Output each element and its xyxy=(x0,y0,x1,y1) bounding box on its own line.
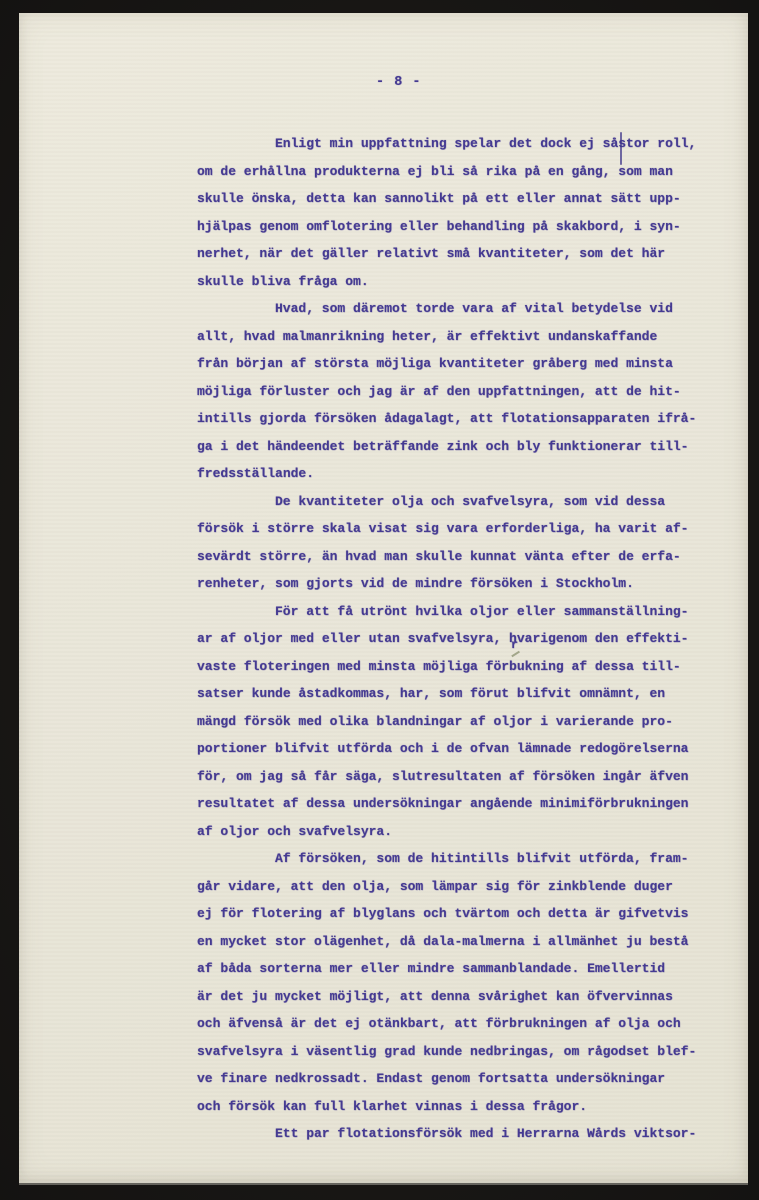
paragraph: Enligt min uppfattning spelar det dock e… xyxy=(197,130,727,295)
text-line: från början af största möjliga kvantitet… xyxy=(197,350,727,378)
text-line: försök i större skala visat sig vara erf… xyxy=(197,515,727,543)
text-line: nerhet, när det gäller relativt små kvan… xyxy=(197,240,727,268)
paragraph: För att få utrönt hvilka oljor eller sam… xyxy=(197,598,727,846)
text-line: portioner blifvit utförda och i de ofvan… xyxy=(197,735,727,763)
text-line: Af försöken, som de hitintills blifvit u… xyxy=(197,845,727,873)
text-line: ve finare nedkrossadt. Endast genom fort… xyxy=(197,1065,727,1093)
text-line: om de erhållna produkterna ej bli så rik… xyxy=(197,158,727,186)
text-line: sevärdt större, än hvad man skulle kunna… xyxy=(197,543,727,571)
text-line: ar af oljor med eller utan svafvelsyra, … xyxy=(197,625,727,653)
text-line: mängd försök med olika blandningar af ol… xyxy=(197,708,727,736)
paragraph: Ett par flotationsförsök med i Herrarna … xyxy=(197,1120,727,1148)
text-line: För att få utrönt hvilka oljor eller sam… xyxy=(197,598,727,626)
text-line: och äfvenså är det ej otänkbart, att för… xyxy=(197,1010,727,1038)
text-line: ej för flotering af blyglans och tvärtom… xyxy=(197,900,727,928)
text-line: De kvantiteter olja och svafvelsyra, som… xyxy=(197,488,727,516)
text-line: Enligt min uppfattning spelar det dock e… xyxy=(197,130,727,158)
text-line: möjliga förluster och jag är af den uppf… xyxy=(197,378,727,406)
text-line: en mycket stor olägenhet, då dala-malmer… xyxy=(197,928,727,956)
text-line: skulle önska, detta kan sannolikt på ett… xyxy=(197,185,727,213)
text-line: fredsställande. xyxy=(197,460,727,488)
text-line: hjälpas genom omflotering eller behandli… xyxy=(197,213,727,241)
paragraph: Hvad, som däremot torde vara af vital be… xyxy=(197,295,727,488)
text-line: intills gjorda försöken ådagalagt, att f… xyxy=(197,405,727,433)
text-line: allt, hvad malmanrikning heter, är effek… xyxy=(197,323,727,351)
text-line: skulle bliva fråga om. xyxy=(197,268,727,296)
text-line: för, om jag så får säga, slutresultaten … xyxy=(197,763,727,791)
document-body: Enligt min uppfattning spelar det dock e… xyxy=(197,130,727,1148)
text-line: går vidare, att den olja, som lämpar sig… xyxy=(197,873,727,901)
paragraph: De kvantiteter olja och svafvelsyra, som… xyxy=(197,488,727,598)
text-line: är det ju mycket möjligt, att denna svår… xyxy=(197,983,727,1011)
text-line: renheter, som gjorts vid de mindre försö… xyxy=(197,570,727,598)
text-line: svafvelsyra i väsentlig grad kunde nedbr… xyxy=(197,1038,727,1066)
text-line: af båda sorterna mer eller mindre samman… xyxy=(197,955,727,983)
text-line: satser kunde åstadkommas, har, som förut… xyxy=(197,680,727,708)
scan-background: - 8 - Enligt min uppfattning spelar det … xyxy=(0,0,759,1200)
text-line: resultatet af dessa undersökningar angåe… xyxy=(197,790,727,818)
text-line: ga i det händeendet beträffande zink och… xyxy=(197,433,727,461)
stray-vertical-mark xyxy=(620,132,622,165)
text-line: af oljor och svafvelsyra. xyxy=(197,818,727,846)
text-line: Ett par flotationsförsök med i Herrarna … xyxy=(197,1120,727,1148)
page-number: - 8 - xyxy=(376,75,422,90)
text-line: och försök kan full klarhet vinnas i des… xyxy=(197,1093,727,1121)
text-line: vaste floteringen med minsta möjliga för… xyxy=(197,653,727,681)
text-line: Hvad, som däremot torde vara af vital be… xyxy=(197,295,727,323)
paragraph: Af försöken, som de hitintills blifvit u… xyxy=(197,845,727,1120)
inserted-letter: r xyxy=(511,639,518,651)
paper: - 8 - Enligt min uppfattning spelar det … xyxy=(19,13,748,1183)
